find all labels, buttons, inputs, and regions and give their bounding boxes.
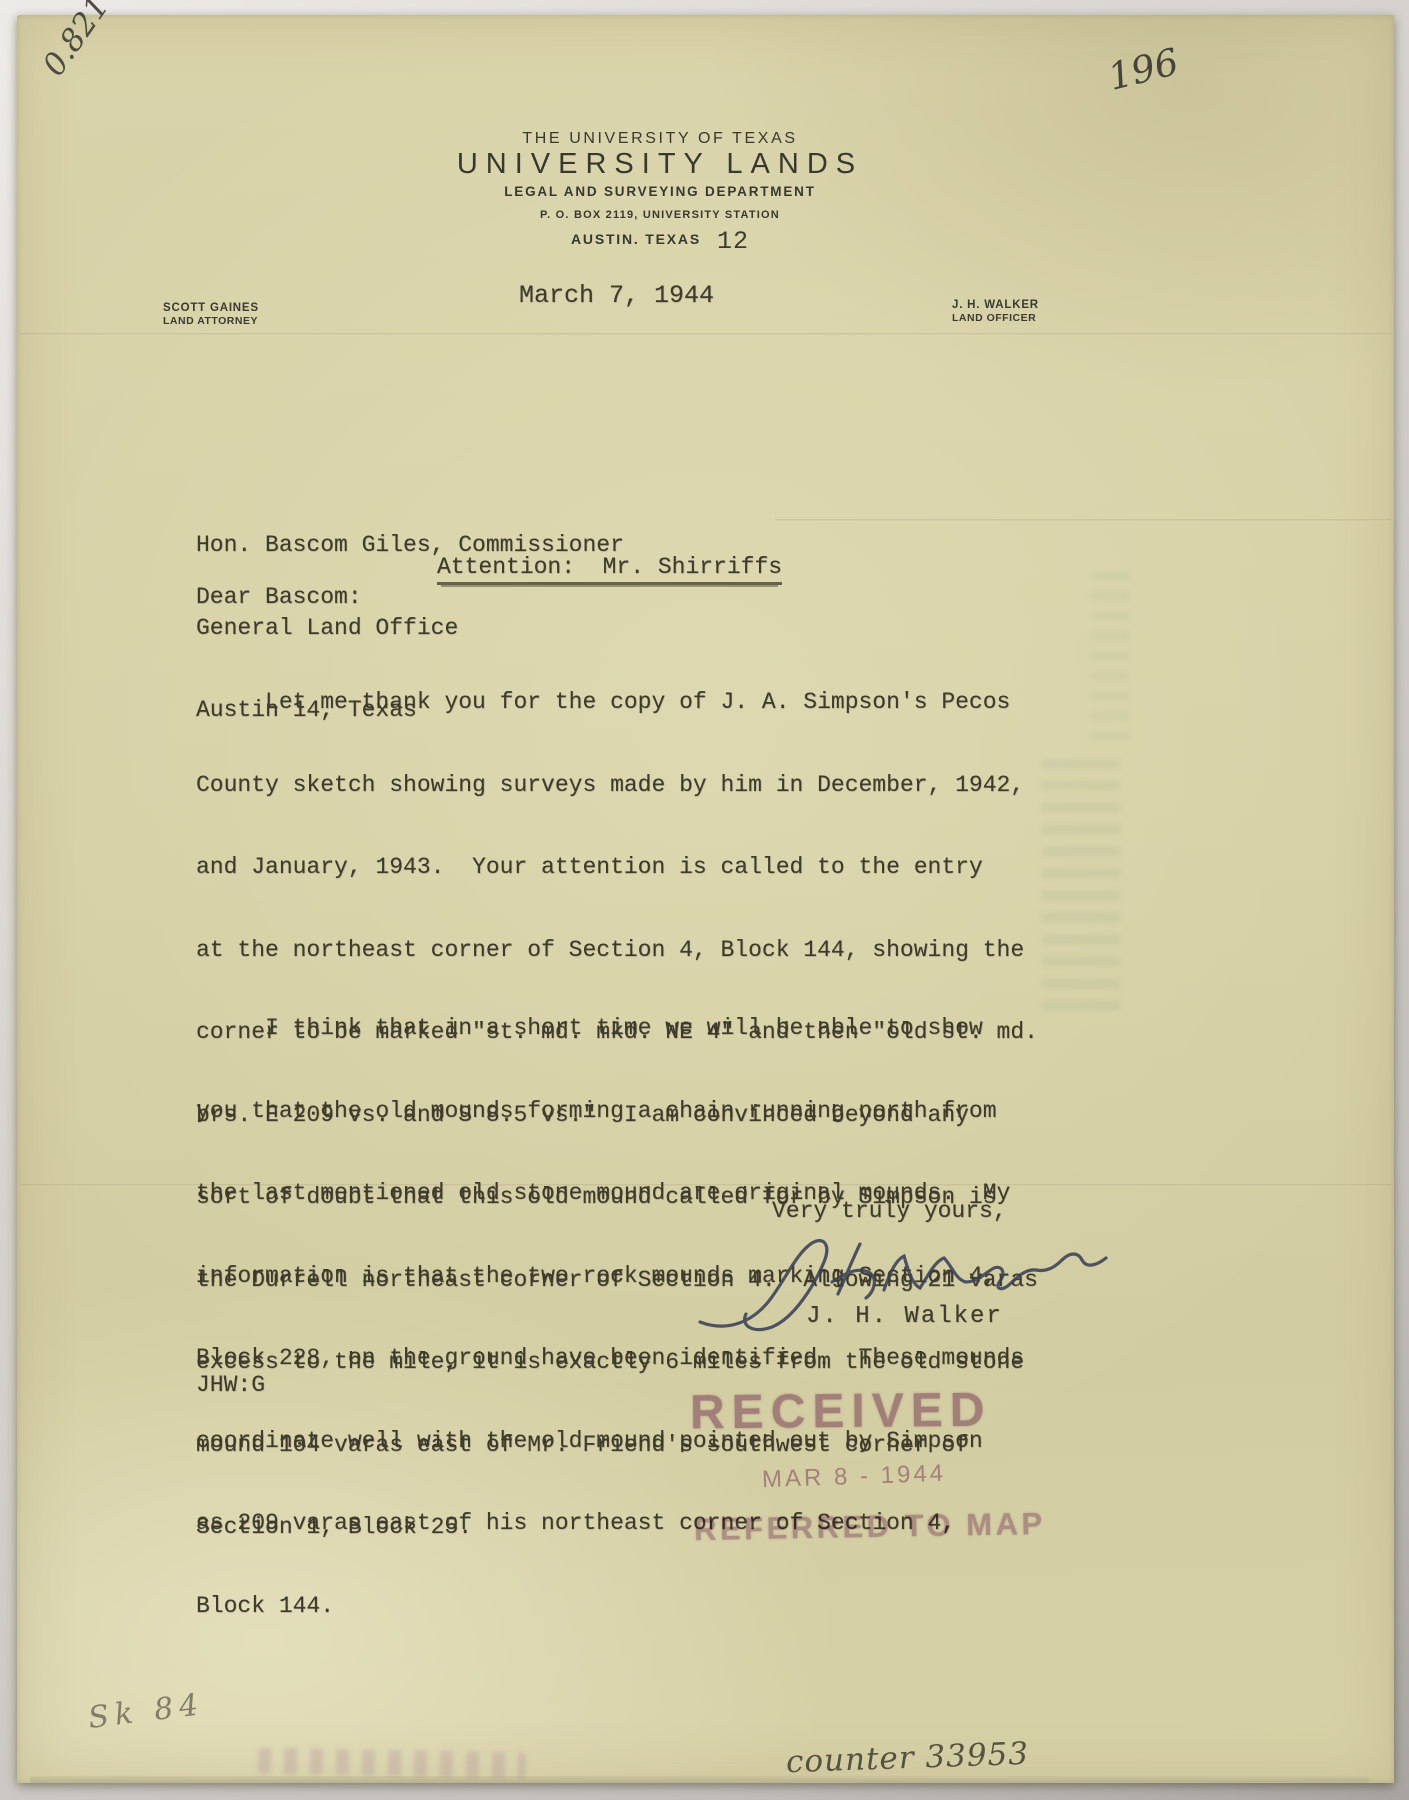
letterhead-division: LEGAL AND SURVEYING DEPARTMENT [350, 184, 970, 199]
scanned-letter-page: THE UNIVERSITY OF TEXAS UNIVERSITY LANDS… [0, 0, 1409, 1800]
letterhead-officer: J. H. WALKER LAND OFFICER [952, 299, 1039, 325]
body-line: I think that in a short time we will be … [196, 1015, 1024, 1043]
attorney-name: SCOTT GAINES [163, 302, 259, 315]
letterhead-po-box: P. O. BOX 2119, UNIVERSITY STATION [350, 209, 970, 221]
received-stamp-referred: REFERRED TO MAP [694, 1506, 1046, 1548]
letter-date: March 7, 1944 [519, 281, 714, 310]
salutation: Dear Bascom: [196, 584, 362, 612]
attention-line: Attention: Mr. Shirriffs [437, 554, 782, 585]
received-stamp-title: RECEIVED [690, 1383, 992, 1441]
letterhead-institution: THE UNIVERSITY OF TEXAS [350, 130, 970, 148]
letterhead-postal-zone: 12 [717, 227, 749, 256]
officer-name: J. H. WALKER [952, 299, 1039, 312]
body-line: County sketch showing surveys made by hi… [196, 772, 1038, 800]
letterhead-department: UNIVERSITY LANDS [350, 148, 970, 181]
letterhead-attorney: SCOTT GAINES LAND ATTORNEY [163, 302, 259, 328]
officer-title: LAND OFFICER [952, 312, 1039, 325]
attorney-title: LAND ATTORNEY [163, 315, 259, 328]
mirrored-stamp-ghost [258, 1748, 526, 1779]
body-line: Block 228, on the ground have been ident… [196, 1345, 1024, 1373]
body-line: Block 144. [196, 1593, 1024, 1621]
letterhead-city-text: AUSTIN. TEXAS [571, 231, 701, 247]
typed-signature-name: J. H. Walker [806, 1303, 1003, 1330]
paper-bottom-edge [30, 1776, 1369, 1783]
body-line: Let me thank you for the copy of J. A. S… [196, 689, 1038, 717]
body-line: and January, 1943. Your attention is cal… [196, 854, 1038, 882]
typist-initials: JHW:G [196, 1372, 265, 1400]
letterhead-city: AUSTIN. TEXAS12 [350, 227, 970, 256]
body-line: you that the old mounds forming a chain … [196, 1098, 1024, 1126]
closing-line: Very truly yours, [772, 1198, 1007, 1224]
